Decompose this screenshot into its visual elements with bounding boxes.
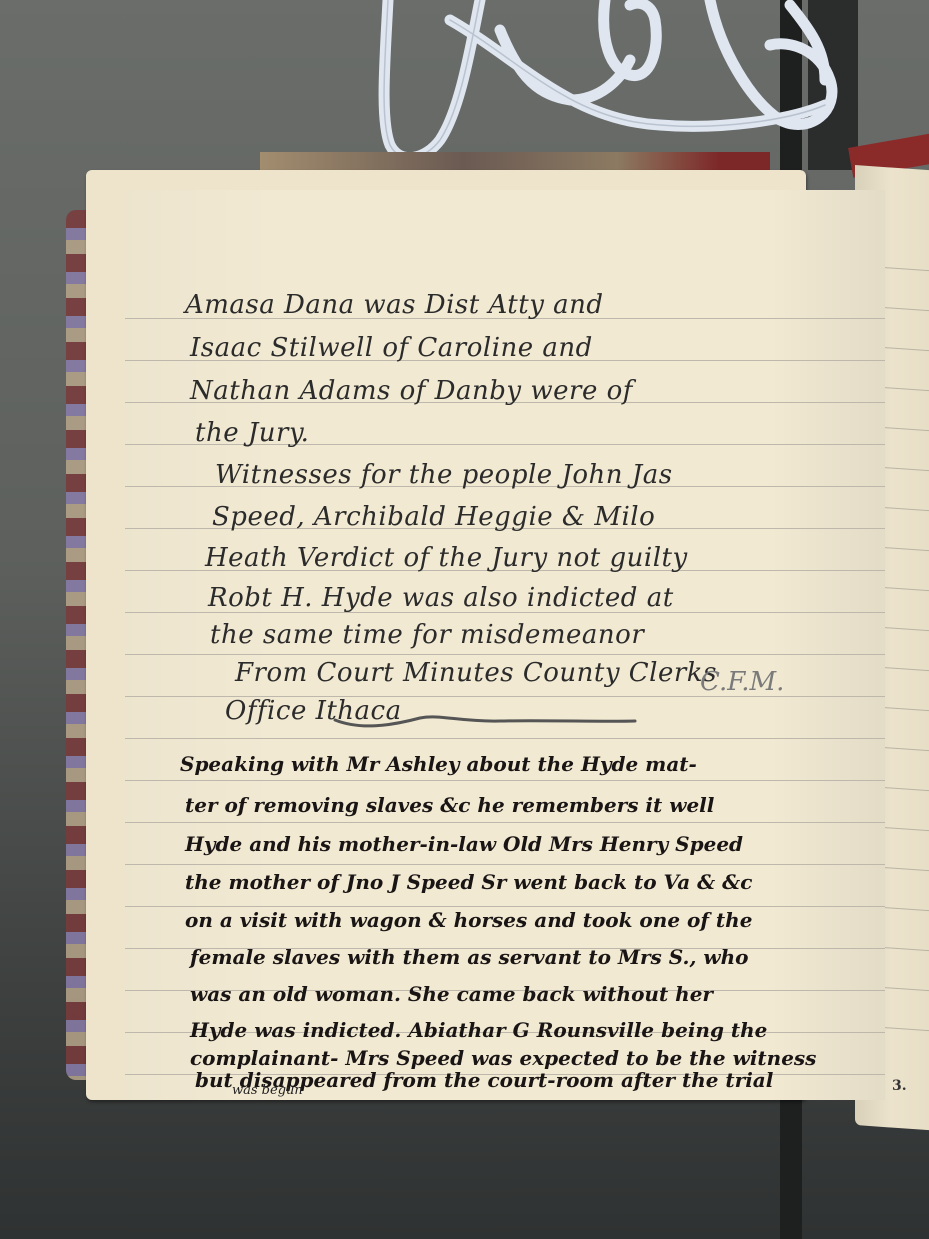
upper-line-2: Isaac Stilwell of Caroline and — [190, 333, 593, 363]
upper-line-3: Nathan Adams of Danby were of — [190, 376, 633, 406]
upper-line-9: the same time for misdemeanor — [210, 620, 644, 650]
upper-line-8: Robt H. Hyde was also indicted at — [208, 583, 674, 613]
lower-line-3: Hyde and his mother-in-law Old Mrs Henry… — [185, 832, 743, 856]
upper-line-4: the Jury. — [195, 418, 309, 448]
lower-line-4: the mother of Jno J Speed Sr went back t… — [185, 870, 752, 894]
upper-line-7: Heath Verdict of the Jury not guilty — [205, 543, 688, 573]
lower-line-1: Speaking with Mr Ashley about the Hyde m… — [180, 752, 697, 776]
interlinear-note: was begun — [232, 1083, 303, 1098]
lower-line-6: female slaves with them as servant to Mr… — [190, 945, 749, 969]
upper-line-5: Witnesses for the people John Jas — [215, 460, 673, 490]
upper-line-10: From Court Minutes County Clerks — [235, 658, 717, 688]
lower-line-2: ter of removing slaves &c he remembers i… — [185, 793, 714, 817]
lower-line-7: was an old woman. She came back without … — [190, 982, 713, 1006]
cord-icon — [370, 0, 870, 170]
page-number: 3. — [892, 1078, 907, 1094]
author-initials: C.F.M. — [700, 667, 784, 697]
upper-line-1: Amasa Dana was Dist Atty and — [185, 290, 604, 320]
lower-line-8: Hyde was indicted. Abiathar G Rounsville… — [190, 1018, 767, 1042]
lower-line-9: complainant- Mrs Speed was expected to b… — [190, 1046, 816, 1070]
underline-flourish-icon — [330, 712, 640, 732]
lower-line-5: on a visit with wagon & horses and took … — [185, 908, 752, 932]
upper-line-6: Speed, Archibald Heggie & Milo — [212, 502, 655, 532]
